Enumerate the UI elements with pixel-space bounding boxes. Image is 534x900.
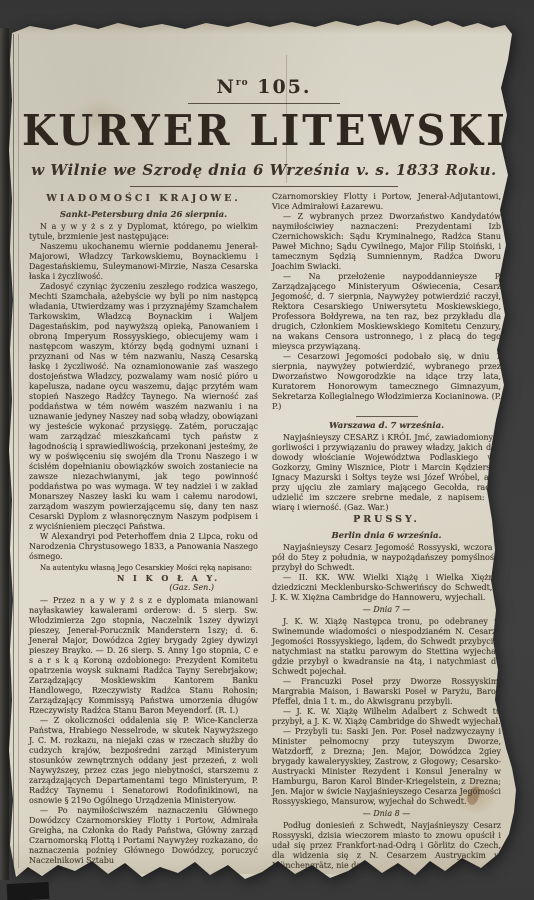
issue-superscript: ro — [236, 78, 249, 88]
newspaper-sheet: Nro 105. KURYER LITEWSKI. w Wilnie we Sz… — [0, 0, 534, 900]
left-column-dateline: Sankt-Petersburg dnia 26 sierpnia. — [29, 210, 258, 220]
right-column-para: Podług doniesień z Schwedt, Nayjaśnieysz… — [272, 821, 501, 871]
left-column-sig-note: Na autentyku własną Jego Cesarskiey Mośc… — [29, 564, 258, 573]
right-column-para: — II. KK. WW. Wielki Xiążę i Wielka Xięż… — [272, 573, 501, 603]
right-column-para: — Przybyli tu: Saski Jen. Por. Poseł nad… — [272, 727, 501, 807]
left-column-para: — Z okoliczności oddalenia się P. Wice-K… — [29, 716, 258, 806]
scanned-newspaper-page: Nro 105. KURYER LITEWSKI. w Wilnie we Sz… — [0, 0, 534, 900]
fold-line — [18, 34, 19, 868]
left-column-para: Zadosyć czyniąc życzeniu zeszłego rodzic… — [29, 282, 258, 532]
right-column-para: — Na przełożenie naypoddannieysze P. Zar… — [272, 272, 501, 352]
right-column-subdate: — Dnia 7 — — [272, 605, 501, 615]
issue-value: 105. — [257, 76, 311, 98]
left-column-para: Naszemu ukochanemu wiernie poddanemu Jen… — [29, 242, 258, 282]
right-column-para: — Cesarzowi Jegomości podobało się, w dn… — [272, 352, 501, 412]
fold-line — [13, 34, 14, 868]
issue-prefix: N — [216, 76, 235, 98]
right-column-para: Nayjaśnieyszy Cesarz Jegomość Rossyyski,… — [272, 543, 501, 573]
right-column-para: — Z wybranych przez Dworzaństwo Kandydat… — [272, 212, 501, 272]
right-column-para: J. K. W. Xiążę Następca tronu, po odebra… — [272, 617, 501, 677]
masthead-rule-bottom — [130, 186, 398, 187]
article-columns: WIADOMOŚCI KRAJOWE.Sankt-Petersburg dnia… — [29, 192, 501, 871]
masthead-dateline: w Wilnie we Szrodę dnia 6 Września v. s.… — [22, 161, 506, 179]
masthead-rule-top — [188, 103, 340, 104]
left-column-para: W Alexandryi pod Peterhoffem dnia 2 Lipc… — [29, 532, 258, 562]
left-column-para: N a y w y ż s z y Dyplomat, którego, po … — [29, 222, 258, 242]
right-column-para-cont: Czarnomorskiey Flotty i Portow, Jenerał-… — [272, 192, 501, 212]
right-column-rule-sm — [356, 416, 418, 417]
right-column-para: — Francuzki Poseł przy Dworze Rossyyskim… — [272, 677, 501, 707]
right-column-para: Nayjaśnieyszy CESARZ i KRÓL Jmć, zawiado… — [272, 433, 501, 513]
left-column-sig-src: (Gaz. Sen.) — [29, 583, 258, 593]
right-column-dateline: Berlin dnia 6 września. — [272, 531, 501, 541]
right-column-dateline: Warszawa d. 7 września. — [272, 421, 501, 431]
paper-sheet-wrap: Nro 105. KURYER LITEWSKI. w Wilnie we Sz… — [0, 0, 534, 900]
right-column-section-header: PRUSSY. — [272, 515, 501, 525]
newspaper-title: KURYER LITEWSKI. — [22, 106, 506, 156]
issue-number: Nro 105. — [22, 76, 506, 98]
right-column: Czarnomorskiey Flotty i Portow, Jenerał-… — [272, 192, 501, 871]
masthead: Nro 105. KURYER LITEWSKI. w Wilnie we Sz… — [22, 76, 506, 187]
left-column-sig-name: N I K O Ł A Y. — [29, 573, 258, 583]
left-column-para: — Przez n a y w y ż s z e dyplomata mian… — [29, 596, 258, 716]
left-column: WIADOMOŚCI KRAJOWE.Sankt-Petersburg dnia… — [29, 192, 258, 871]
left-column-section-header: WIADOMOŚCI KRAJOWE. — [29, 194, 258, 204]
right-column-para: — J. K. W. Xiążę Wilhelm Adalbert z Schw… — [272, 707, 501, 727]
right-column-subdate: — Dnia 8 — — [272, 809, 501, 819]
left-column-para: — Po naymiłościwszém naznaczeniu Główneg… — [29, 806, 258, 866]
adjacent-page-corner — [7, 882, 50, 900]
